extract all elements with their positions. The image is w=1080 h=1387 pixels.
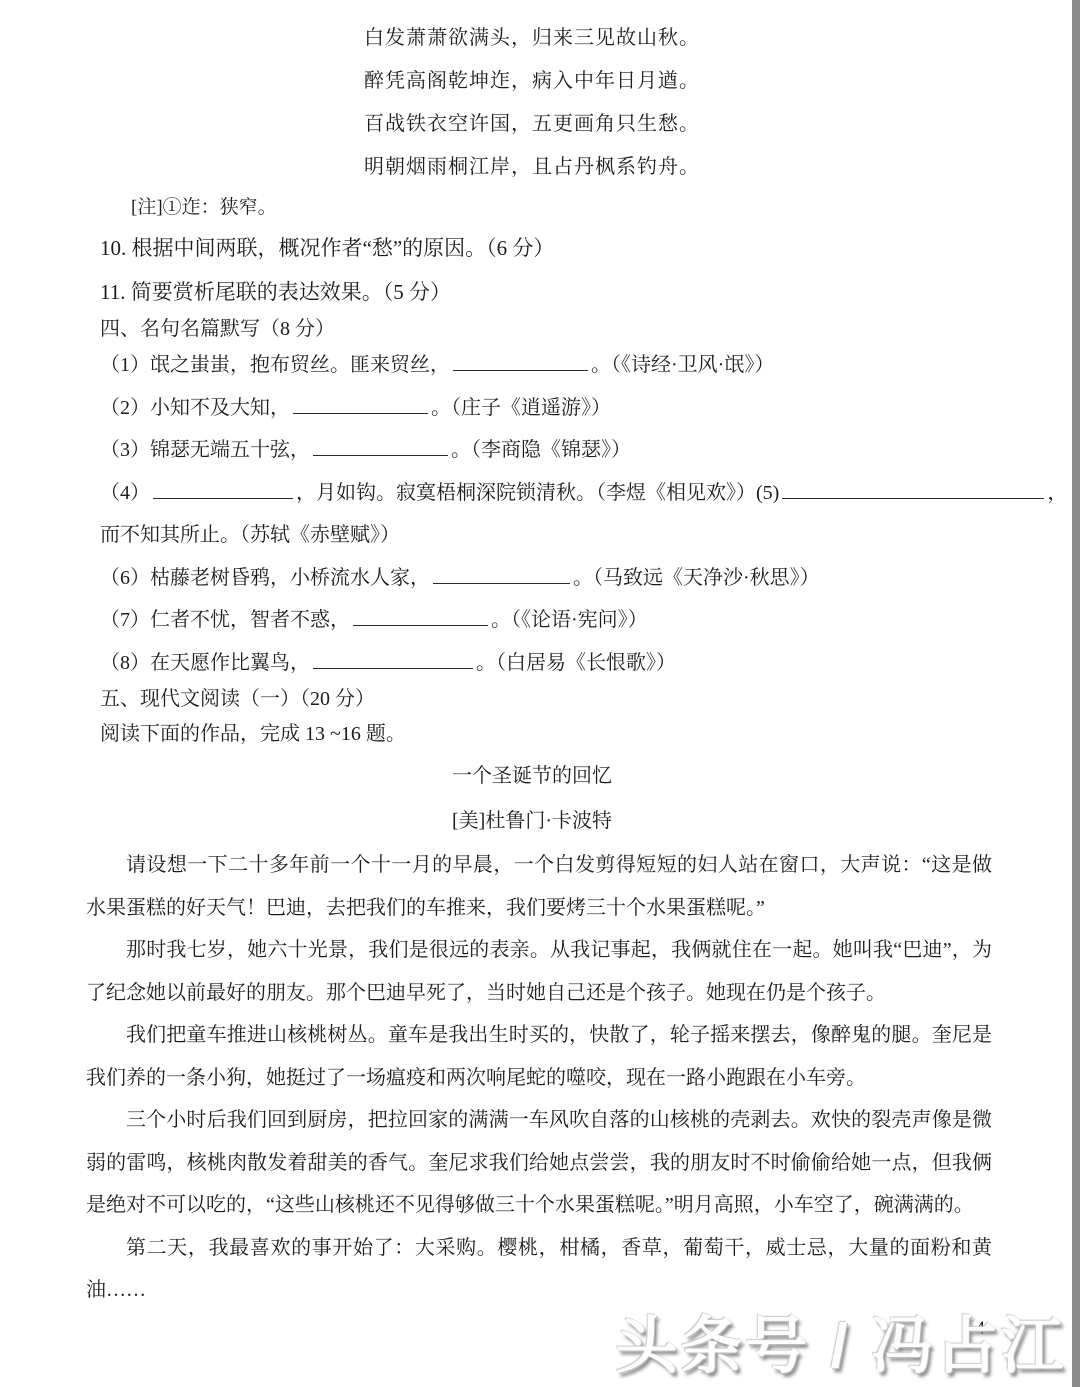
fill-item: （8）在天愿作比翼鸟，。（白居易《长恨歌》） <box>100 642 1050 685</box>
poem-line: 明朝烟雨桐江岸，且占丹枫系钓舟。 <box>0 146 1064 189</box>
answer-blank <box>153 478 293 499</box>
answer-blank <box>353 605 488 626</box>
poem-line: 醉凭高阁乾坤迮，病入中年日月遒。 <box>0 60 1064 103</box>
section5-heading: 五、现代文阅读（一）（20 分） <box>100 684 1080 714</box>
fill-item-text: 。（《诗经·卫风·氓》） <box>591 354 774 376</box>
document-page: 白发萧萧欲满头，归来三见故山秋。醉凭高阁乾坤迮，病入中年日月遒。百战铁衣空许国，… <box>0 0 1080 1387</box>
fill-item-text: 而不知其所止。（苏轼《赤壁赋》） <box>100 524 400 546</box>
fill-item-text: 。（李商隐《锦瑟》） <box>451 439 631 461</box>
fill-item: 而不知其所止。（苏轼《赤壁赋》） <box>100 514 1050 557</box>
poem-line: 百战铁衣空许国，五更画角只生愁。 <box>0 103 1064 146</box>
answer-blank <box>433 563 570 584</box>
fill-item-text: ， <box>1047 482 1067 504</box>
poem-line: 白发萧萧欲满头，归来三见故山秋。 <box>0 17 1064 60</box>
story-body: 请设想一下二十多年前一个十一月的早晨，一个白发剪得短短的妇人站在窗口，大声说：“… <box>86 844 992 1312</box>
scrollbar-track[interactable] <box>1072 0 1080 1387</box>
fill-item-text: （7）仁者不忧，智者不惑， <box>100 609 350 631</box>
fill-item-text: （1）氓之蚩蚩，抱布贸丝。匪来贸丝， <box>100 354 450 376</box>
question-11: 11. 简要赏析尾联的表达效果。（5 分） <box>100 271 1080 314</box>
fill-item-text: ，月如钩。寂寞梧桐深院锁清秋。（李煜《相见欢》）(5) <box>296 482 779 504</box>
answer-blank <box>293 393 428 414</box>
story-paragraph: 我们把童车推进山核桃树丛。童车是我出生时买的，快散了，轮子摇来摆去，像醉鬼的腿。… <box>86 1014 992 1099</box>
question-10: 10. 根据中间两联，概况作者“愁”的原因。（6 分） <box>100 226 1080 271</box>
fill-item: （1）氓之蚩蚩，抱布贸丝。匪来贸丝，。（《诗经·卫风·氓》） <box>100 344 1050 387</box>
answer-blank <box>313 435 448 456</box>
fill-item-text: （8）在天愿作比翼鸟， <box>100 652 310 674</box>
story-paragraph: 请设想一下二十多年前一个十一月的早晨，一个白发剪得短短的妇人站在窗口，大声说：“… <box>86 844 992 929</box>
watermark: 头条号 / 冯占江 <box>615 1296 1066 1385</box>
poem-block: 白发萧萧欲满头，归来三见故山秋。醉凭高阁乾坤迮，病入中年日月遒。百战铁衣空许国，… <box>0 17 1080 189</box>
fill-item-text: （3）锦瑟无端五十弦， <box>100 439 310 461</box>
fill-item: （2）小知不及大知，。（庄子《逍遥游》） <box>100 387 1050 430</box>
fill-item-text: （4） <box>100 482 150 504</box>
fill-item-text: 。（庄子《逍遥游》） <box>431 397 611 419</box>
fill-item: （6）枯藤老树昏鸦，小桥流水人家，。（马致远《天净沙·秋思》） <box>100 557 1050 600</box>
poem-note: [注]①迮：狭窄。 <box>131 189 1080 226</box>
fill-in-items: （1）氓之蚩蚩，抱布贸丝。匪来贸丝，。（《诗经·卫风·氓》）（2）小知不及大知，… <box>100 344 1050 684</box>
story-paragraph: 三个小时后我们回到厨房，把拉回家的满满一车风吹自落的山核桃的壳剥去。欢快的裂壳声… <box>86 1099 992 1227</box>
reading-prompt: 阅读下面的作品，完成 13 ~16 题。 <box>100 714 1080 754</box>
story-paragraph: 那时我七岁，她六十光景，我们是很远的表亲。从我记事起，我俩就住在一起。她叫我“巴… <box>86 929 992 1014</box>
answer-blank <box>313 648 473 669</box>
section4-heading: 四、名句名篇默写（8 分） <box>100 314 1080 344</box>
answer-blank <box>453 350 588 371</box>
fill-item: （3）锦瑟无端五十弦，。（李商隐《锦瑟》） <box>100 429 1050 472</box>
story-author: [美]杜鲁门·卡波特 <box>0 799 1064 844</box>
fill-item-text: 。（白居易《长恨歌》） <box>476 652 676 674</box>
fill-item: （7）仁者不忧，智者不惑，。（《论语·宪问》） <box>100 599 1050 642</box>
fill-item-text: （6）枯藤老树昏鸦，小桥流水人家， <box>100 567 430 589</box>
fill-item-text: 。（马致远《天净沙·秋思》） <box>573 567 820 589</box>
story-title: 一个圣诞节的回忆 <box>0 754 1064 799</box>
fill-item: （4），月如钩。寂寞梧桐深院锁清秋。（李煜《相见欢》）(5)， <box>100 472 1050 515</box>
fill-item-text: （2）小知不及大知， <box>100 397 290 419</box>
answer-blank <box>782 478 1044 499</box>
fill-item-text: 。（《论语·宪问》） <box>491 609 648 631</box>
